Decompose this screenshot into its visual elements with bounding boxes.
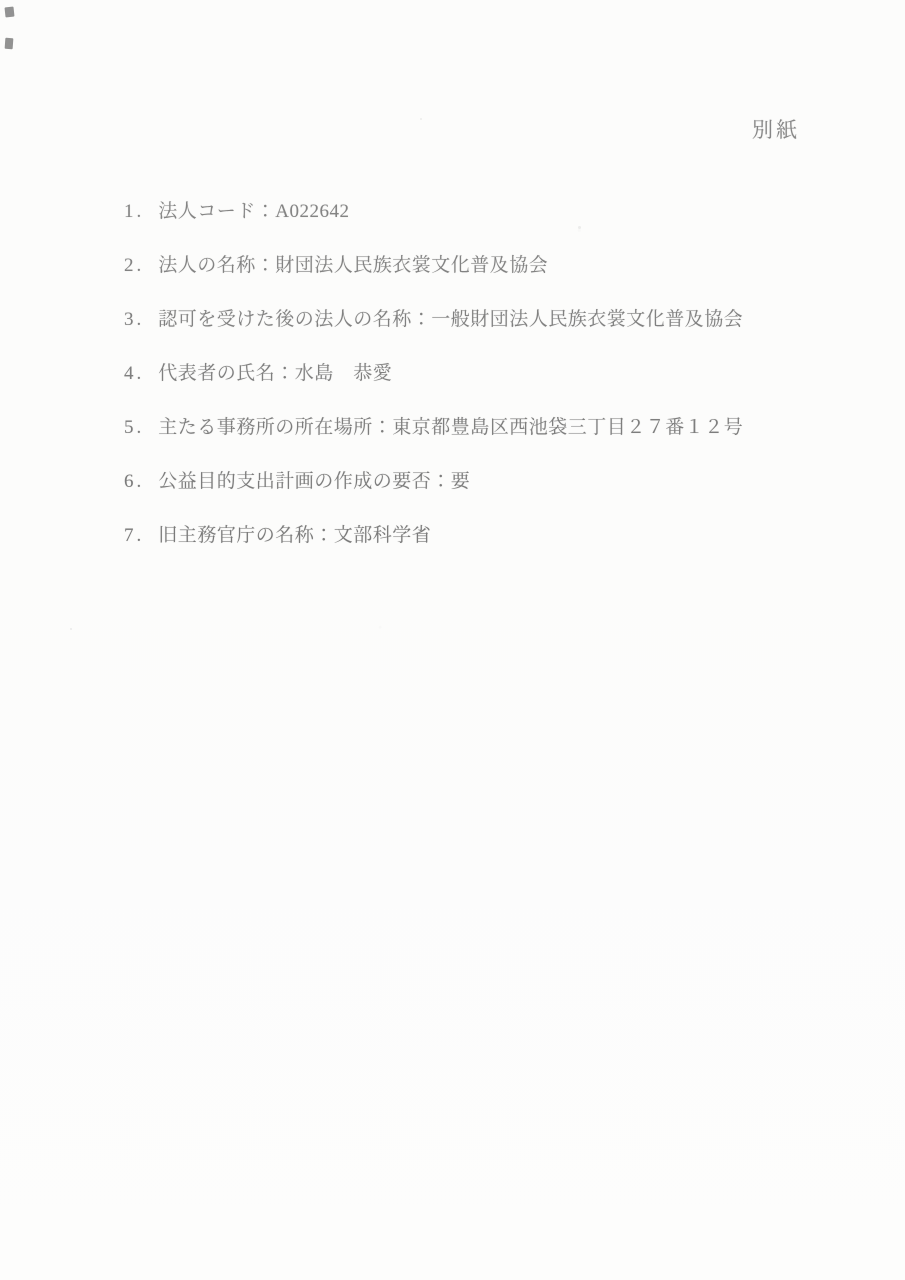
item-text: 旧主務官庁の名称：文部科学省	[158, 525, 431, 546]
list-item: 5.主たる事務所の所在場所：東京都豊島区西池袋三丁目２７番１２号	[124, 417, 743, 439]
item-number: 7.	[124, 525, 144, 547]
item-number: 5.	[124, 417, 144, 439]
item-number: 4.	[124, 363, 144, 385]
list-item: 4.代表者の氏名：水島 恭愛	[124, 363, 743, 385]
item-text: 主たる事務所の所在場所：東京都豊島区西池袋三丁目２７番１２号	[158, 417, 743, 438]
list-item: 7.旧主務官庁の名称：文部科学省	[124, 525, 743, 547]
scanned-document-page: 別紙 1.法人コード：A022642 2.法人の名称：財団法人民族衣裳文化普及協…	[0, 0, 905, 1280]
item-number: 3.	[124, 309, 144, 331]
item-number: 1.	[124, 201, 144, 223]
item-text: 法人の名称：財団法人民族衣裳文化普及協会	[158, 255, 548, 276]
item-number: 6.	[124, 471, 144, 493]
scan-artifact-mark	[5, 7, 15, 18]
numbered-item-list: 1.法人コード：A022642 2.法人の名称：財団法人民族衣裳文化普及協会 3…	[124, 201, 743, 579]
list-item: 1.法人コード：A022642	[124, 201, 743, 223]
list-item: 2.法人の名称：財団法人民族衣裳文化普及協会	[124, 255, 743, 277]
item-number: 2.	[124, 255, 144, 277]
attachment-label: 別紙	[752, 114, 800, 144]
list-item: 3.認可を受けた後の法人の名称：一般財団法人民族衣裳文化普及協会	[124, 309, 743, 331]
item-text: 代表者の氏名：水島 恭愛	[158, 363, 392, 384]
item-text: 法人コード：A022642	[158, 201, 349, 222]
item-text: 認可を受けた後の法人の名称：一般財団法人民族衣裳文化普及協会	[158, 309, 743, 330]
list-item: 6.公益目的支出計画の作成の要否：要	[124, 471, 743, 493]
scan-noise-speck	[420, 118, 422, 120]
scan-artifact-mark	[5, 38, 14, 50]
scan-noise-speck	[70, 628, 72, 630]
item-text: 公益目的支出計画の作成の要否：要	[158, 471, 470, 492]
